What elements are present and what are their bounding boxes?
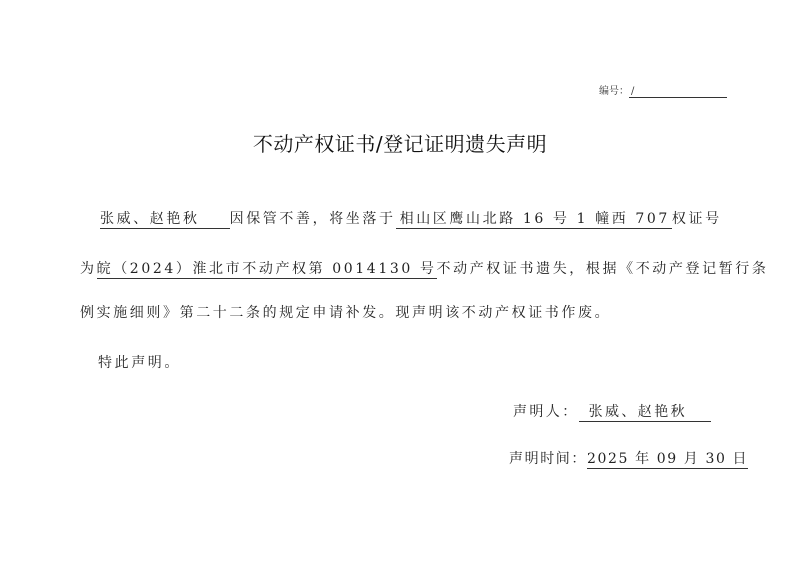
certificate-number: 皖（2024）淮北市不动产权第 0014130 号	[97, 261, 437, 279]
signature-label: 声明人：	[513, 404, 579, 420]
closing-statement: 特此声明。	[98, 352, 181, 372]
date-value: 2025 年 09 月 30 日	[587, 451, 748, 469]
declaration-date: 声明时间：2025 年 09 月 30 日	[509, 448, 748, 468]
property-address: 相山区鹰山北路 16 号 1 幢西 707	[396, 211, 672, 229]
body-text: 因保管不善，将坐落于	[230, 211, 396, 227]
body-text: 权证号	[672, 211, 722, 227]
body-line-1: 张威、赵艳秋因保管不善，将坐落于相山区鹰山北路 16 号 1 幢西 707权证号	[100, 208, 722, 228]
body-line-2: 为皖（2024）淮北市不动产权第 0014130 号不动产权证书遗失，根据《不动…	[80, 258, 769, 278]
signature-value: 张威、赵艳秋	[579, 404, 711, 422]
serial-value: /	[629, 86, 727, 98]
serial-number: 编号：/	[599, 82, 727, 98]
body-text: 不动产权证书遗失，根据《不动产登记暂行条	[437, 261, 769, 277]
document-title: 不动产权证书/登记证明遗失声明	[0, 128, 800, 157]
declarant-signature: 声明人：张威、赵艳秋	[513, 401, 711, 421]
serial-label: 编号：	[599, 86, 629, 97]
declarant-names: 张威、赵艳秋	[100, 211, 230, 229]
body-text: 为	[80, 261, 97, 277]
date-label: 声明时间：	[509, 451, 587, 467]
body-line-3: 例实施细则》第二十二条的规定申请补发。现声明该不动产权证书作废。	[80, 302, 611, 322]
